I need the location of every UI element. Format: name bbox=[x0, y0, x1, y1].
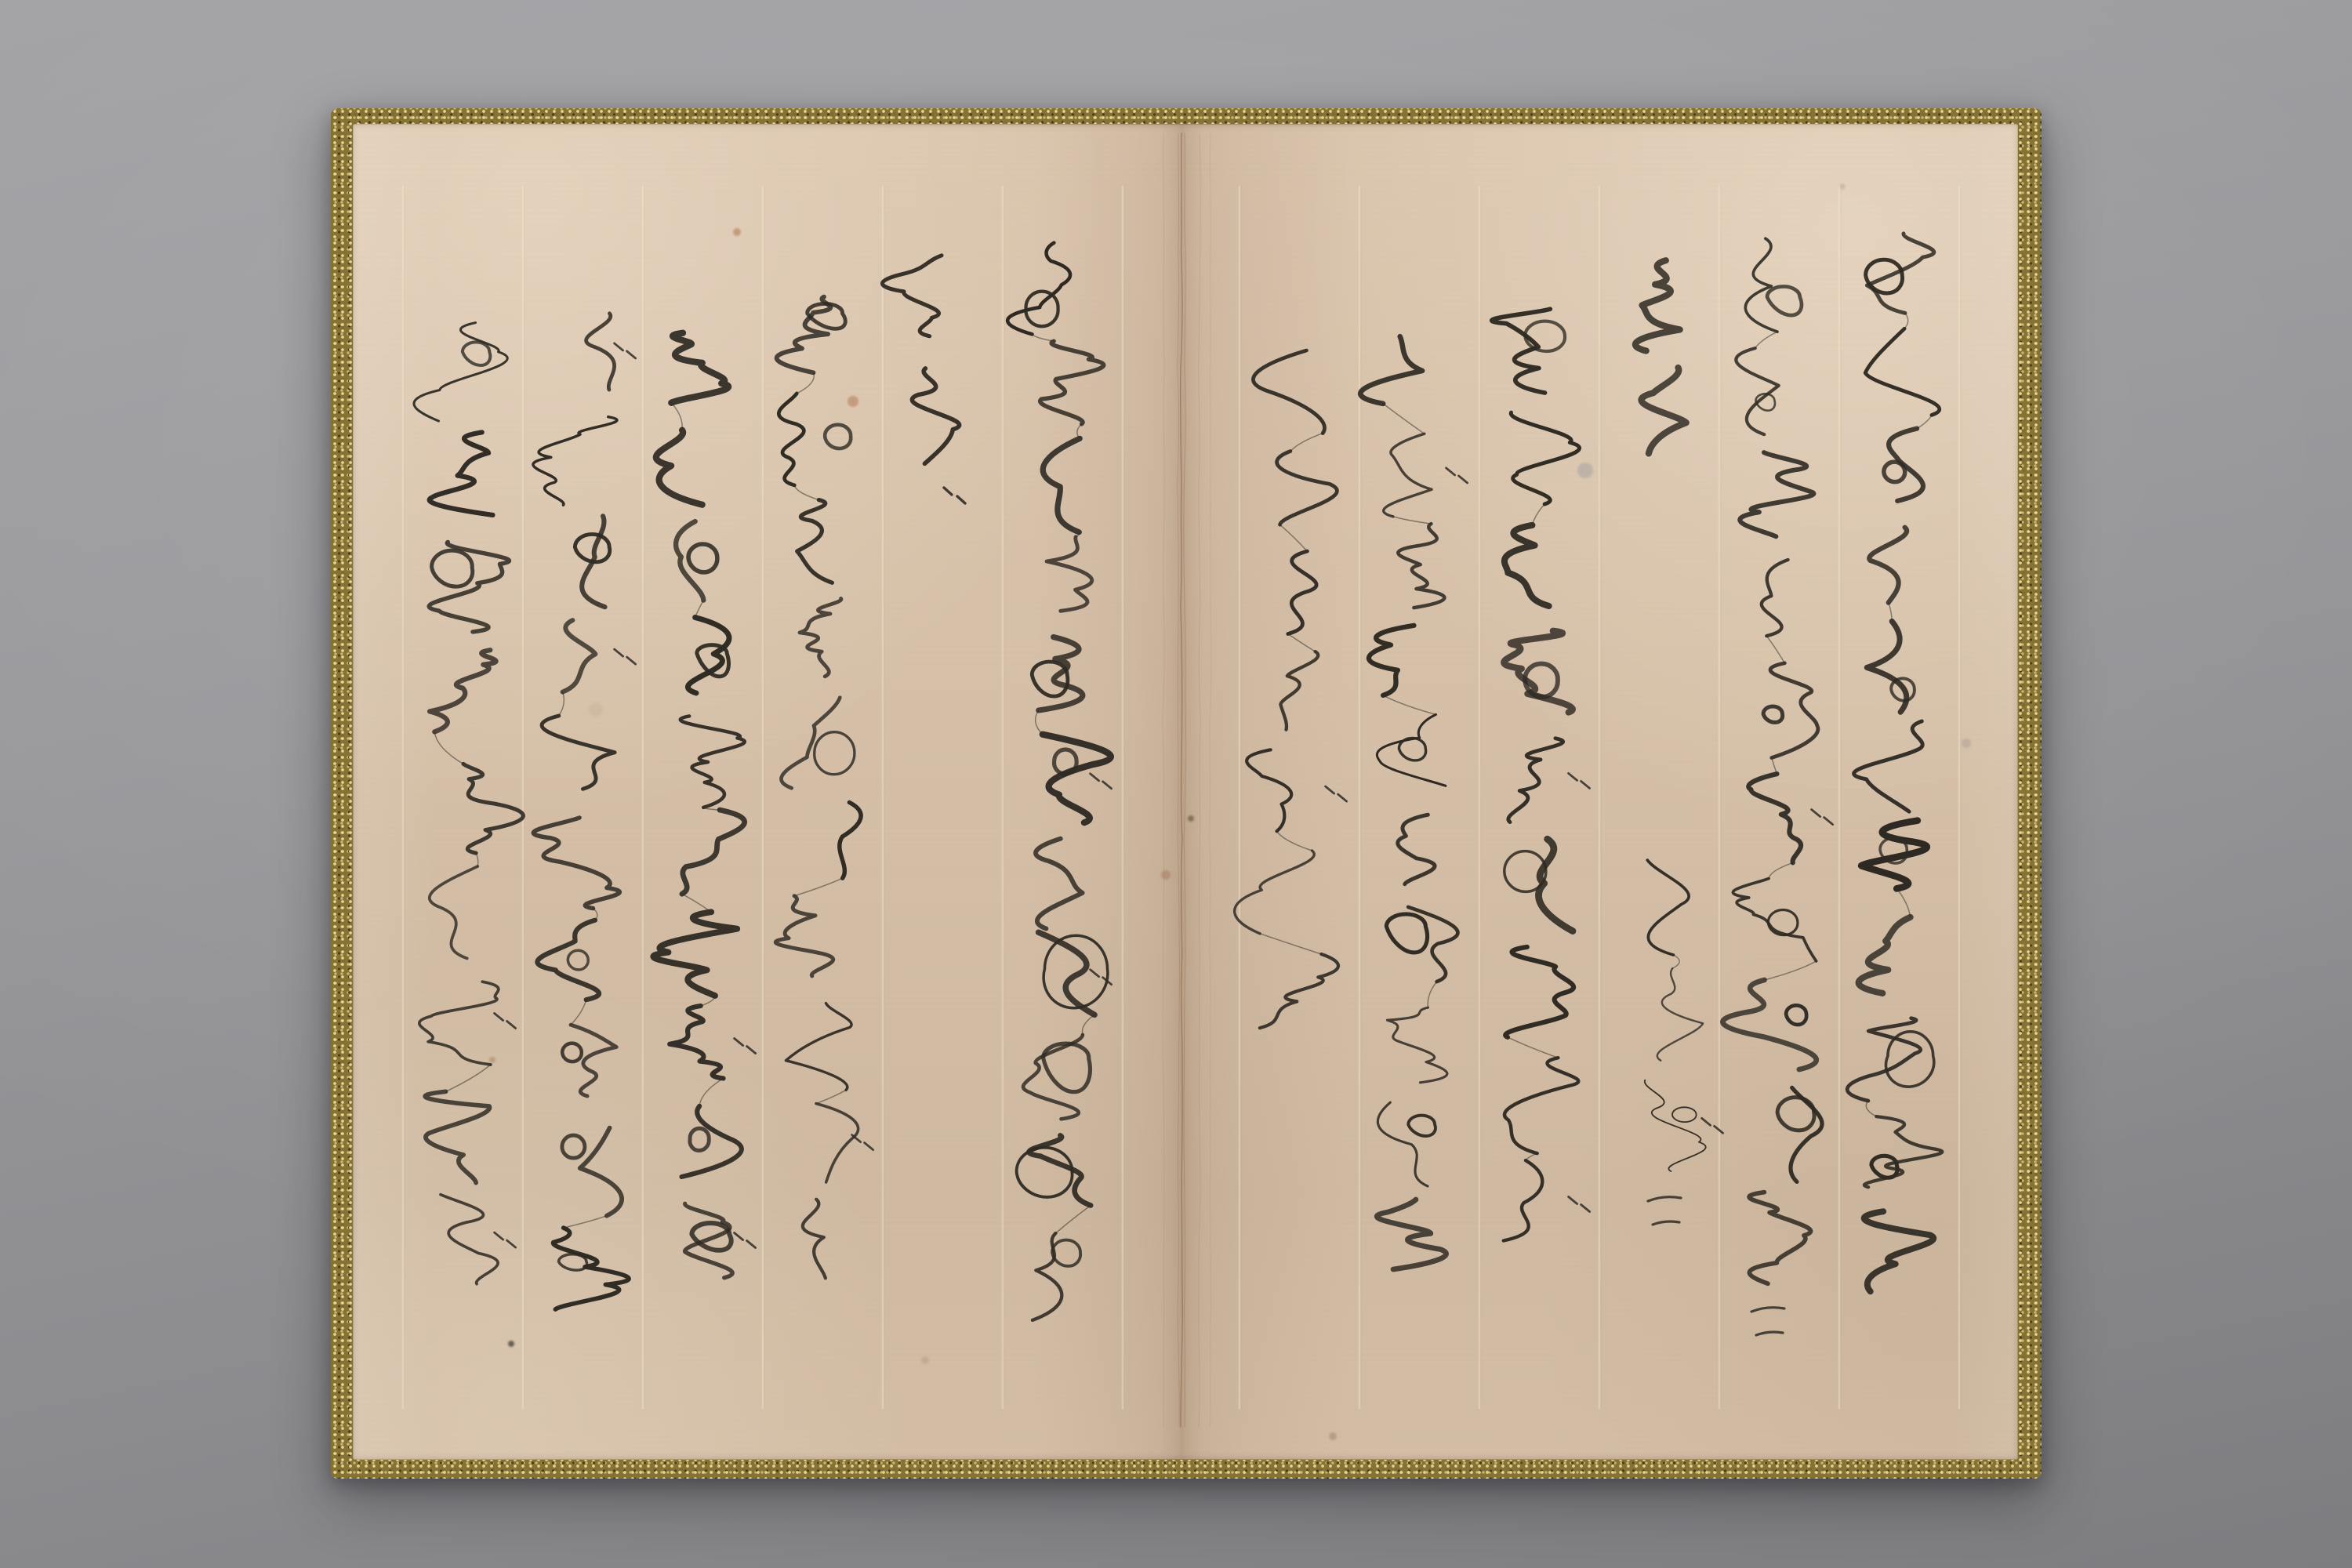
page-spread bbox=[353, 124, 2018, 1460]
book bbox=[331, 108, 2042, 1479]
photo-background: Photograph of an open bound album on a g… bbox=[0, 0, 2352, 1568]
right-page bbox=[1182, 124, 2018, 1460]
left-page bbox=[353, 124, 1182, 1460]
